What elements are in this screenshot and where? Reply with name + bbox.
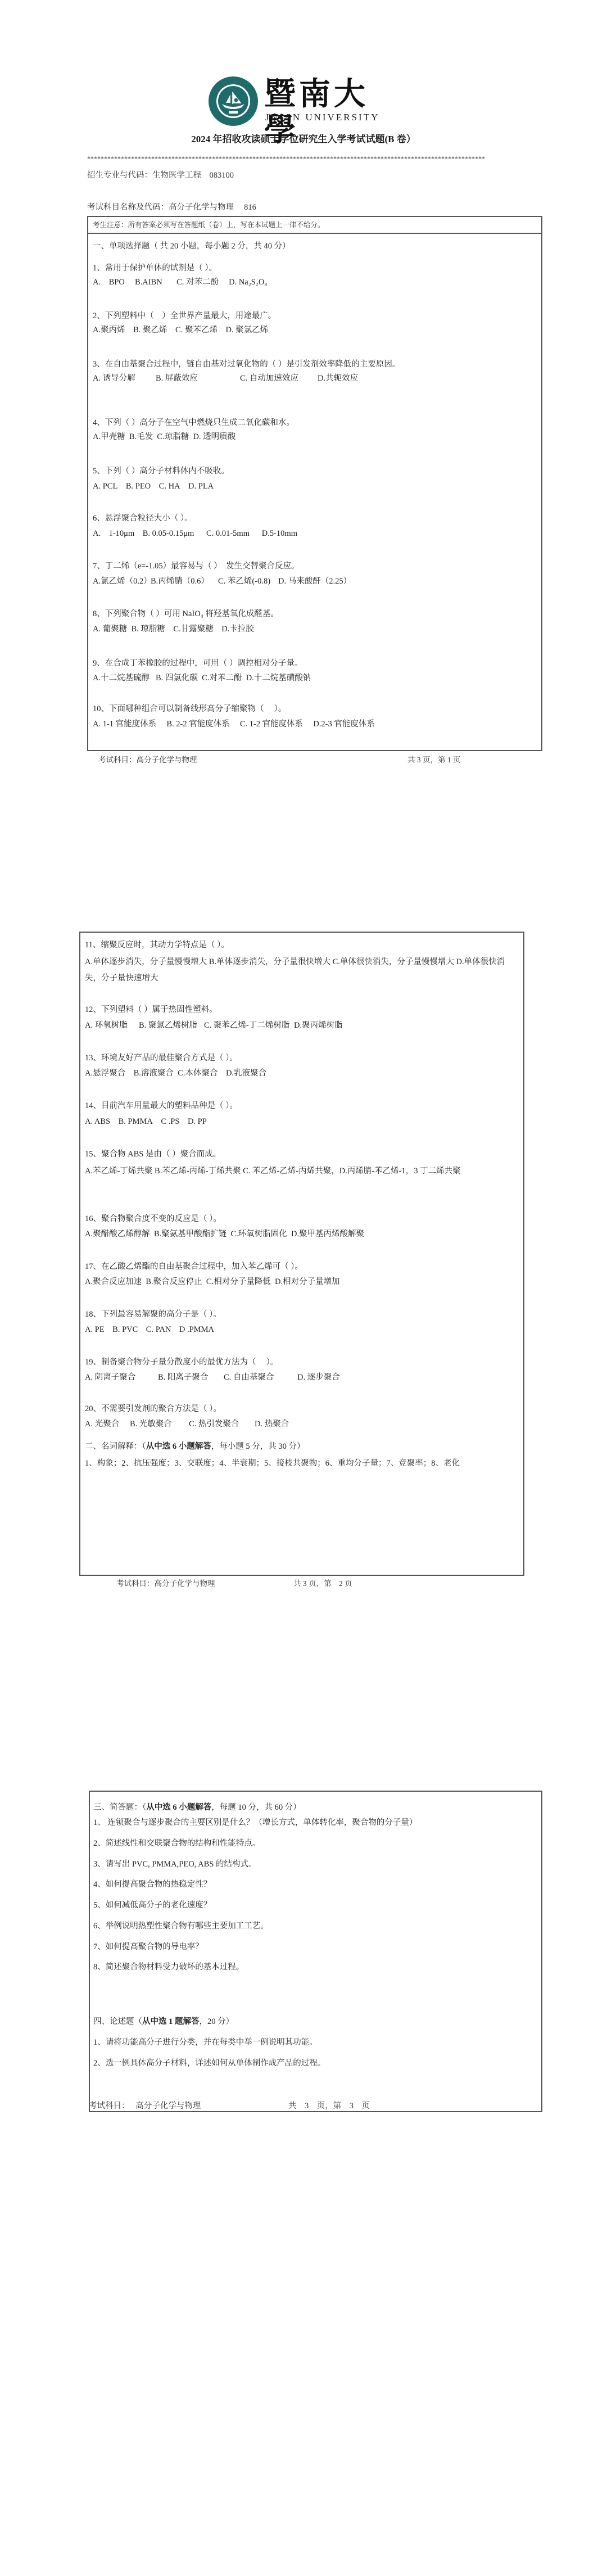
option-c: C. 自动加速效应: [240, 372, 298, 385]
option-c: C.对苯二酚: [202, 674, 242, 683]
option-a: A. 环氧树脂: [85, 1019, 128, 1032]
option-a: A. PE: [85, 1325, 105, 1334]
option-c: C.相对分子量降低: [206, 1277, 271, 1286]
page1-footer-page: 共 3 页，第 1 页: [407, 753, 461, 765]
option-c: C.本体聚合: [178, 1069, 218, 1078]
option-b: B.溶液聚合: [134, 1069, 174, 1078]
option-b: B. 屏蔽效应: [156, 372, 198, 385]
section3-title-prefix: 三、简答题：（: [93, 1803, 146, 1812]
option-d: D.卡拉胶: [221, 625, 254, 634]
short-answer-6: 6、举例说明热塑性聚合物有哪些主要加工工艺。: [93, 1919, 269, 1933]
question-5-options: A. PCL B. PEO C. HA D. PLA: [93, 480, 214, 493]
option-c: C. 苯乙烯(-0.8): [218, 575, 270, 588]
option-d: D.相对分子量增加: [275, 1277, 340, 1286]
option-a: A.聚合反应加速: [85, 1277, 142, 1286]
question-15-options: A.苯乙烯-丁烯共聚 B.苯乙烯-丙烯-丁烯共聚 C. 苯乙烯-乙烯-丙烯共聚，…: [85, 1163, 518, 1179]
question-17-options: A.聚合反应加速 B.聚合反应停止 C.相对分子量降低 D.相对分子量增加: [85, 1275, 340, 1289]
question-3: 3、在自由基聚合过程中，链自由基对过氧化物的（ ）是引发剂效率降低的主要原因。: [93, 358, 400, 371]
option-b: B. PVC: [112, 1325, 138, 1334]
short-answer-2: 2、简述线性和交联聚合物的结构和性能特点。: [93, 1837, 260, 1850]
option-b: B. 2-2 官能度体系: [166, 720, 229, 729]
option-d: D. 聚氯乙烯: [225, 326, 268, 335]
option-a: A. 1-1 官能度体系: [93, 720, 156, 729]
page1-question-box: 考生注意：所有答案必须写在答题纸（卷）上，写在本试题上一律不给分。 一、单项选择…: [87, 216, 542, 751]
section2-title: 二、名词解释：（从中选 6 小题解答，每小题 5 分，共 30 分）: [85, 1440, 305, 1453]
question-16: 16、聚合物聚合度不变的反应是（ ）。: [85, 1212, 221, 1226]
essay-question-1: 1、请将功能高分子进行分类，并在每类中举一例说明其功能。: [93, 2036, 318, 2049]
option-d: D. 逐步聚合: [297, 1371, 340, 1384]
subject-code: 816: [244, 203, 256, 212]
option-c: C. HA: [159, 482, 180, 491]
question-8: 8、下列聚合物（ ）可用 NaIO₄ 将羟基氧化成醛基。: [93, 607, 279, 621]
option-a: A. PCL: [93, 482, 117, 491]
option-b: B.毛发: [129, 432, 153, 441]
question-14-options: A. ABS B. PMMA C .PS D. PP: [85, 1115, 207, 1128]
section4-title: 四、论述题（从中选 1 题解答，20 分）: [93, 2015, 234, 2028]
option-d: D .PMMA: [179, 1325, 214, 1334]
option-c: C. 自由基聚合: [224, 1371, 274, 1384]
question-10: 10、下面哪种组合可以制备线形高分子缩聚物（ ）。: [93, 702, 286, 716]
section4-title-suffix: ，20 分）: [200, 2017, 234, 2026]
short-answer-1: 1、 连锁聚合与逐步聚合的主要区别是什么？（增长方式，单体转化率，聚合物的分子量…: [93, 1816, 417, 1829]
option-a: A.氯乙烯（0.2）: [93, 575, 152, 588]
page2-question-box: 11、缩聚反应时，其动力学特点是（ ）。 A.单体逐步消失，分子量慢慢增大 B.…: [79, 932, 524, 1576]
option-a: A.聚醋酸乙烯醇解: [85, 1230, 150, 1239]
option-a: A.甲壳糖: [93, 432, 125, 441]
question-4: 4、下列（ ）高分子在空气中燃烧只生成二氧化碳和水。: [93, 416, 295, 430]
section3-title: 三、简答题：（从中选 6 小题解答，每题 10 分，共 60 分）: [93, 1801, 301, 1814]
question-17: 17、在乙酸乙烯酯的自由基聚合过程中，加入苯乙烯可（ ）。: [85, 1260, 303, 1273]
major-line: 招生专业与代码：生物医学工程 083100: [87, 169, 234, 180]
section2-title-prefix: 二、名词解释：（: [85, 1442, 146, 1451]
option-b: B. 四氯化碳: [156, 674, 198, 683]
question-10-options: A. 1-1 官能度体系 B. 2-2 官能度体系 C. 1-2 官能度体系 D…: [93, 717, 375, 731]
option-a: A. 1-10μm: [93, 529, 134, 538]
option-a: A.聚丙烯: [93, 326, 125, 335]
option-c: C .PS: [161, 1117, 179, 1126]
question-9-options: A.十二烷基硫醇 B. 四氯化碳 C.对苯二酚 D.十二烷基磺酸钠: [93, 671, 311, 685]
option-b: B.AIBN: [135, 278, 162, 287]
page2-footer-subject: 考试科目：高分子化学与物理: [116, 1577, 215, 1588]
option-a: A. 诱导分解: [93, 372, 135, 385]
option-b: B. 琼脂糖: [131, 625, 165, 634]
option-b: B.丙烯腈（0.6）: [151, 575, 209, 588]
subject-label: 考试科目名称及代码：高分子化学与物理: [87, 203, 234, 212]
option-d: D.聚甲基丙烯酸解聚: [291, 1230, 364, 1239]
question-12: 12、下列塑料（ ）属于热固性塑料。: [85, 1003, 218, 1016]
option-d: D. 马来酸酐（2.25）: [278, 575, 351, 588]
question-1: 1、常用于保护单体的试剂是（ ）。: [93, 261, 217, 275]
option-b: B. 聚氯乙烯树脂: [139, 1019, 197, 1032]
option-c: C. 1-2 官能度体系: [240, 720, 303, 729]
essay-question-2: 2、选一例具体高分子材料，详述如何从单体制作成产品的过程。: [93, 2057, 325, 2070]
option-b: B. 0.05-0.15μm: [143, 529, 194, 538]
university-name-en: JINAN UNIVERSITY: [265, 112, 379, 123]
option-a: A.十二烷基硫醇: [93, 674, 150, 683]
university-logo: 暨南大學 JINAN UNIVERSITY: [208, 76, 399, 129]
option-a: A.悬浮聚合: [85, 1069, 125, 1078]
option-d: D.乳液聚合: [226, 1069, 266, 1078]
page1-footer-subject: 考试科目：高分子化学与物理: [98, 753, 197, 765]
question-7: 7、丁二烯（e=-1.05）最容易与（ ） 发生交替聚合反应。: [93, 559, 299, 573]
major-code: 083100: [210, 171, 234, 180]
question-13: 13、环境友好产品的最佳聚合方式是（ ）。: [85, 1051, 238, 1065]
option-d: D.2-3 官能度体系: [313, 720, 375, 729]
question-18: 18、下列最容易解聚的高分子是（ ）。: [85, 1308, 221, 1321]
question-6-options: A. 1-10μm B. 0.05-0.15μm C. 0.01-5mm D.5…: [93, 527, 297, 540]
question-1-options: A. BPO B.AIBN C. 对苯二酚 D. Na₂S₂O₈: [93, 275, 267, 289]
section3-title-suffix: ，每题 10 分，共 60 分）: [211, 1803, 301, 1812]
option-a: A. 葡聚糖: [93, 625, 127, 634]
option-d: D. Na₂S₂O₈: [229, 278, 267, 287]
section2-title-instruction: 从中选 6 小题解答: [146, 1442, 211, 1451]
option-c: C. PAN: [146, 1325, 171, 1334]
option-c: C. 热引发聚合: [189, 1417, 239, 1431]
question-4-options: A.甲壳糖 B.毛发 C.琼脂糖 D. 透明质酸: [93, 430, 235, 444]
short-answer-7: 7、如何提高聚合物的导电率？: [93, 1940, 203, 1954]
section2-terms: 1、构象；2、抗压强度；3、交联度；4、半衰期；5、接枝共聚物；6、重均分子量；…: [85, 1456, 518, 1472]
option-b: B.聚氨基甲酸酯扩链: [154, 1230, 227, 1239]
question-19: 19、制备聚合物分子量分散度小的最优方法为（ ）。: [85, 1355, 278, 1369]
question-2: 2、下列塑料中（ ）全世界产量最大，用途最广。: [93, 309, 276, 323]
question-5: 5、下列（ ）高分子材料体内不吸收。: [93, 464, 229, 478]
short-answer-3: 3、请写出 PVC, PMMA,PEO, ABS 的结构式。: [93, 1858, 256, 1871]
option-a: A. 光聚合: [85, 1417, 119, 1431]
section3-title-instruction: 从中选 6 小题解答: [146, 1803, 211, 1812]
section4-title-prefix: 四、论述题（: [93, 2017, 142, 2026]
page3-question-box: 三、简答题：（从中选 6 小题解答，每题 10 分，共 60 分） 1、 连锁聚…: [89, 1791, 542, 2112]
question-13-options: A.悬浮聚合 B.溶液聚合 C.本体聚合 D.乳液聚合: [85, 1066, 266, 1080]
section4-title-instruction: 从中选 1 题解答: [142, 2017, 200, 2026]
question-11: 11、缩聚反应时，其动力学特点是（ ）。: [85, 938, 229, 952]
question-14: 14、目前汽车用量最大的塑料品种是（ ）。: [85, 1099, 238, 1113]
option-d: D.5-10mm: [262, 529, 297, 538]
option-d: D.十二烷基磺酸钠: [246, 674, 311, 683]
question-2-options: A.聚丙烯 B. 聚乙烯 C. 聚苯乙烯 D. 聚氯乙烯: [93, 323, 268, 337]
option-c: C.琼脂糖: [157, 432, 189, 441]
short-answer-8: 8、简述聚合物材料受力破坏的基本过程。: [93, 1960, 244, 1974]
option-b: B. 聚乙烯: [133, 326, 167, 335]
question-20: 20、不需要引发剂的聚合方法是（ ）。: [85, 1402, 221, 1416]
question-16-options: A.聚醋酸乙烯醇解 B.聚氨基甲酸酯扩链 C.环氧树脂固化 D.聚甲基丙烯酸解聚: [85, 1227, 364, 1241]
option-b: B. 阳离子聚合: [158, 1371, 208, 1384]
section2-title-suffix: ，每小题 5 分，共 30 分）: [211, 1442, 305, 1451]
question-11-options: A.单体逐步消失，分子量慢慢增大 B.单体逐步消失，分子量很快增大 C.单体很快…: [85, 954, 518, 987]
question-9: 9、在合成丁苯橡胶的过程中，可用（ ）调控相对分子量。: [93, 657, 302, 670]
option-c: C.甘露聚糖: [173, 625, 213, 634]
option-b: B. PMMA: [119, 1117, 153, 1126]
exam-notice: 考生注意：所有答案必须写在答题纸（卷）上，写在本试题上一律不给分。: [88, 217, 541, 234]
option-b: B.聚合反应停止: [146, 1277, 202, 1286]
question-15: 15、聚合物 ABS 是由（ ）聚合而成。: [85, 1147, 221, 1161]
option-c: C. 对苯二酚: [176, 278, 219, 287]
page3-footer-subject: 考试科目： 高分子化学与物理: [89, 2099, 201, 2111]
option-d: D. 热聚合: [255, 1417, 289, 1431]
short-answer-5: 5、如何减低高分子的老化速度？: [93, 1899, 211, 1912]
question-18-options: A. PE B. PVC C. PAN D .PMMA: [85, 1323, 214, 1336]
option-c: C. 聚苯乙烯: [175, 326, 218, 335]
option-a: A. ABS: [85, 1117, 110, 1126]
short-answer-4: 4、如何提高聚合物的热稳定性？: [93, 1878, 211, 1891]
section1-title: 一、单项选择题（ 共 20 小题，每小题 2 分，共 40 分）: [93, 239, 291, 253]
option-b: B. PEO: [126, 482, 151, 491]
question-8-options: A. 葡聚糖 B. 琼脂糖 C.甘露聚糖 D.卡拉胶: [93, 622, 254, 636]
option-c: C. 聚苯乙烯-丁二烯树脂: [204, 1019, 289, 1032]
subject-line: 考试科目名称及代码：高分子化学与物理 816: [87, 201, 256, 213]
page3-footer-page: 共 3 页，第 3 页: [288, 2099, 370, 2111]
option-c: C.环氧树脂固化: [230, 1230, 287, 1239]
option-d: D.共轭效应: [318, 372, 358, 385]
option-a: A. BPO: [93, 278, 125, 287]
option-d: D. 透明质酸: [193, 432, 235, 441]
option-d: D. PLA: [188, 482, 214, 491]
option-d: D. PP: [188, 1117, 207, 1126]
major-label: 招生专业与代码：生物医学工程: [87, 171, 201, 180]
option-c: C. 0.01-5mm: [206, 529, 250, 538]
option-b: B. 光敏聚合: [130, 1417, 172, 1431]
option-d: D.聚丙烯树脂: [294, 1019, 343, 1032]
university-seal-icon: [208, 76, 259, 126]
option-a: A. 阴离子聚合: [85, 1371, 135, 1384]
page2-footer-page: 共 3 页，第 2 页: [293, 1577, 352, 1588]
exam-title: 2024 年招收攻读硕士学位研究生入学考试试题(B 卷）: [0, 131, 607, 145]
question-6: 6、悬浮聚合粒径大小（ ）。: [93, 512, 193, 525]
star-divider: ****************************************…: [87, 155, 537, 163]
